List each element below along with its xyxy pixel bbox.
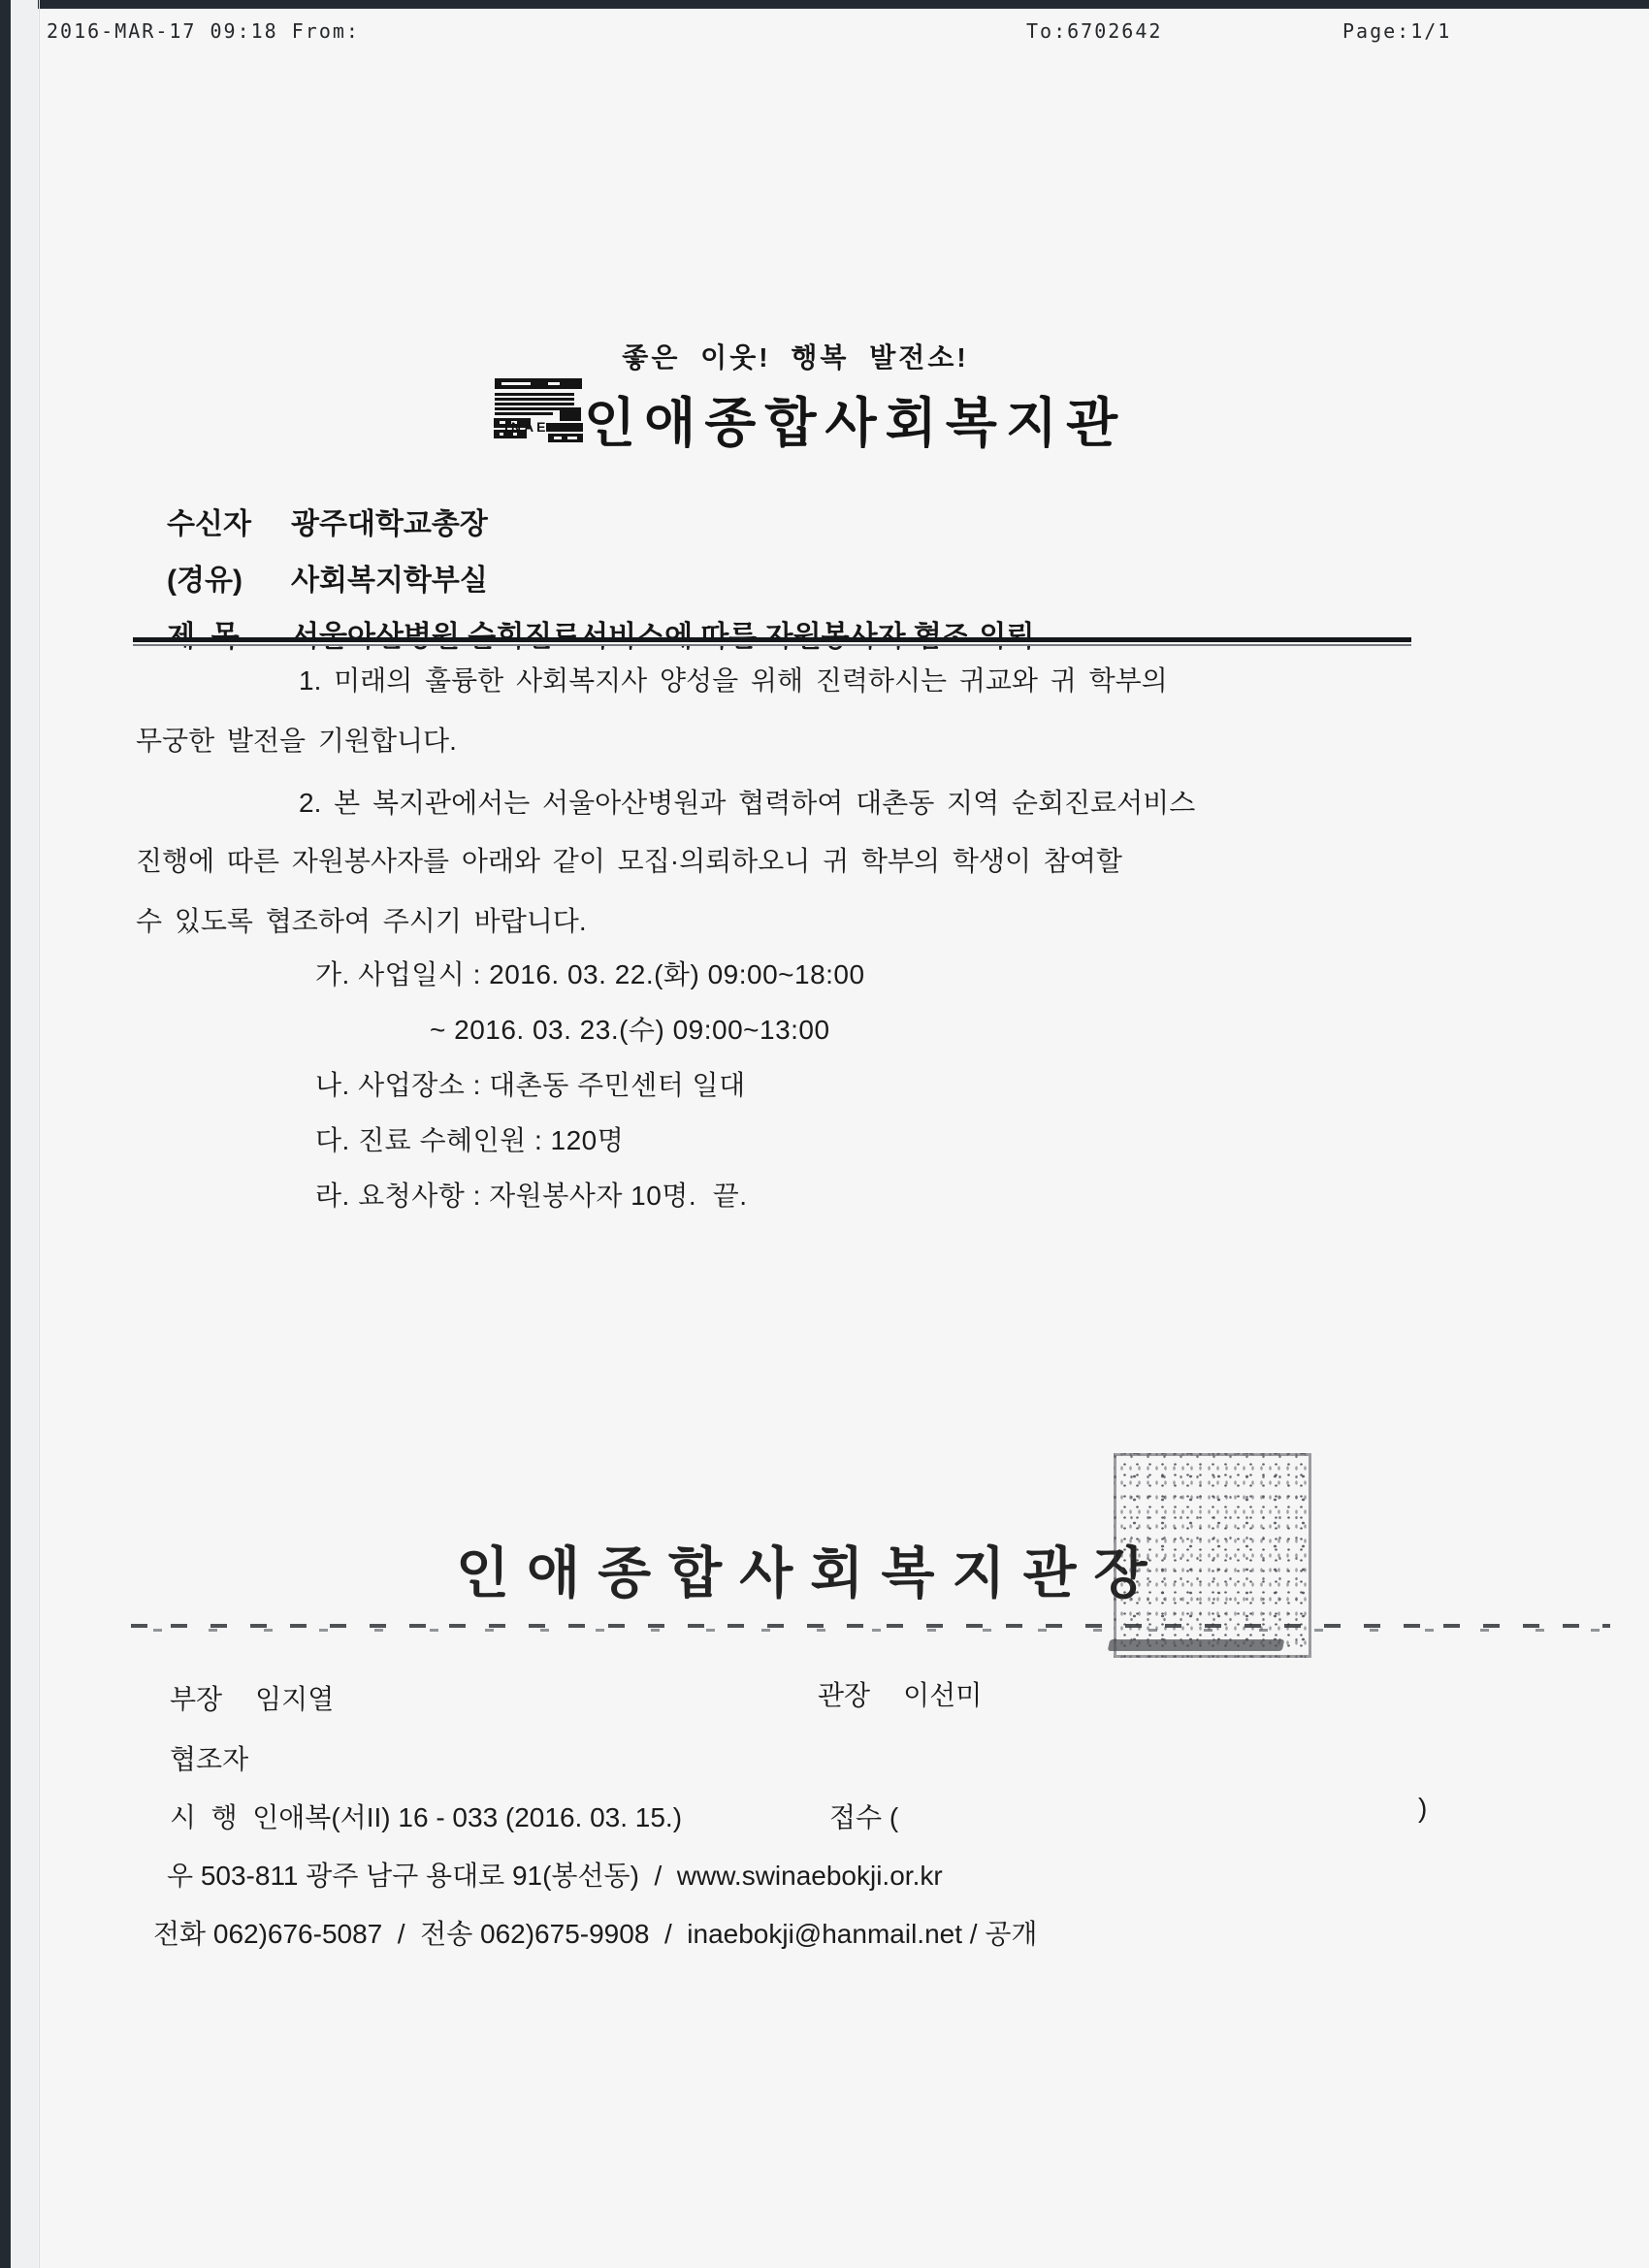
body-paragraph2-line3: 수 있도록 협조하여 주시기 바랍니다. <box>136 900 587 939</box>
signer-title: 인애종합사회복지관장 <box>456 1529 1165 1608</box>
body-paragraph2-line1: 2. 본 복지관에서는 서울아산병원과 협력하여 대촌동 지역 순회진료서비스 <box>299 782 1195 821</box>
recipient-value: 광주대학교총장 <box>291 500 488 542</box>
subject-value: 서울아산병원 순회진료서비스에 따른 자원봉사자 협조 의뢰 <box>291 612 1034 655</box>
body-paragraph1-line1: 1. 미래의 훌륭한 사회복지사 양성을 위해 진력하시는 귀교와 귀 학부의 <box>299 660 1168 698</box>
paper-edge-line <box>39 0 40 2268</box>
scan-edge-left <box>0 0 11 2268</box>
body-paragraph1-line2: 무궁한 발전을 기원합니다. <box>136 720 457 759</box>
detail-item-request: 라. 요청사항 : 자원봉사자 10명. 끝. <box>315 1175 748 1214</box>
address-line: 우 503-811 광주 남구 용대로 91(봉선동) / www.swinae… <box>167 1855 943 1894</box>
org-name-title: 인애종합사회복지관 <box>584 380 1126 457</box>
fax-header-from: 2016-MAR-17 09:18 From: <box>47 19 360 43</box>
detail-item-date-cont: ~ 2016. 03. 23.(수) 09:00~13:00 <box>430 1009 830 1048</box>
cooperator-label: 협조자 <box>170 1738 248 1777</box>
dept-head-row: 부장임지열 <box>170 1678 334 1717</box>
receipt-field-close: ) <box>1418 1793 1427 1824</box>
scanned-fax-document: 2016-MAR-17 09:18 From: To:6702642 Page:… <box>0 0 1649 2268</box>
scan-edge-shade <box>11 0 38 2268</box>
director-row: 관장이선미 <box>818 1674 982 1713</box>
director-name: 이선미 <box>903 1680 982 1710</box>
via-value: 사회복지학부실 <box>291 556 488 599</box>
dept-head-name: 임지열 <box>255 1684 334 1714</box>
dept-head-label: 부장 <box>170 1684 222 1714</box>
via-label: (경유) <box>167 556 242 599</box>
dispatch-number: 시 행 인애복(서II) 16 - 033 (2016. 03. 15.) <box>170 1797 682 1835</box>
fax-header-to: To:6702642 <box>1026 19 1162 43</box>
logo-caption: INAE <box>504 419 548 435</box>
detail-item-date: 가. 사업일시 : 2016. 03. 22.(화) 09:00~18:00 <box>315 954 865 992</box>
director-label: 관장 <box>818 1680 870 1710</box>
letterhead-slogan: 좋은 이웃! 행복 발전소! <box>563 337 1028 375</box>
scan-noise-line <box>131 1616 1610 1634</box>
subject-underline <box>133 637 1411 646</box>
fax-header-page: Page:1/1 <box>1342 19 1451 43</box>
recipient-label: 수신자 <box>167 500 251 542</box>
scan-edge-top <box>0 0 1649 9</box>
body-paragraph2-line2: 진행에 따른 자원봉사자를 아래와 같이 모집·의뢰하오니 귀 학부의 학생이 … <box>136 840 1122 879</box>
detail-item-place: 나. 사업장소 : 대촌동 주민센터 일대 <box>315 1064 746 1103</box>
contact-line: 전화 062)676-5087 / 전송 062)675-9908 / inae… <box>153 1913 1037 1952</box>
receipt-field-open: 접수 ( <box>829 1797 898 1835</box>
subject-label: 제 목 <box>167 612 240 655</box>
detail-item-beneficiaries: 다. 진료 수혜인원 : 120명 <box>315 1119 624 1158</box>
